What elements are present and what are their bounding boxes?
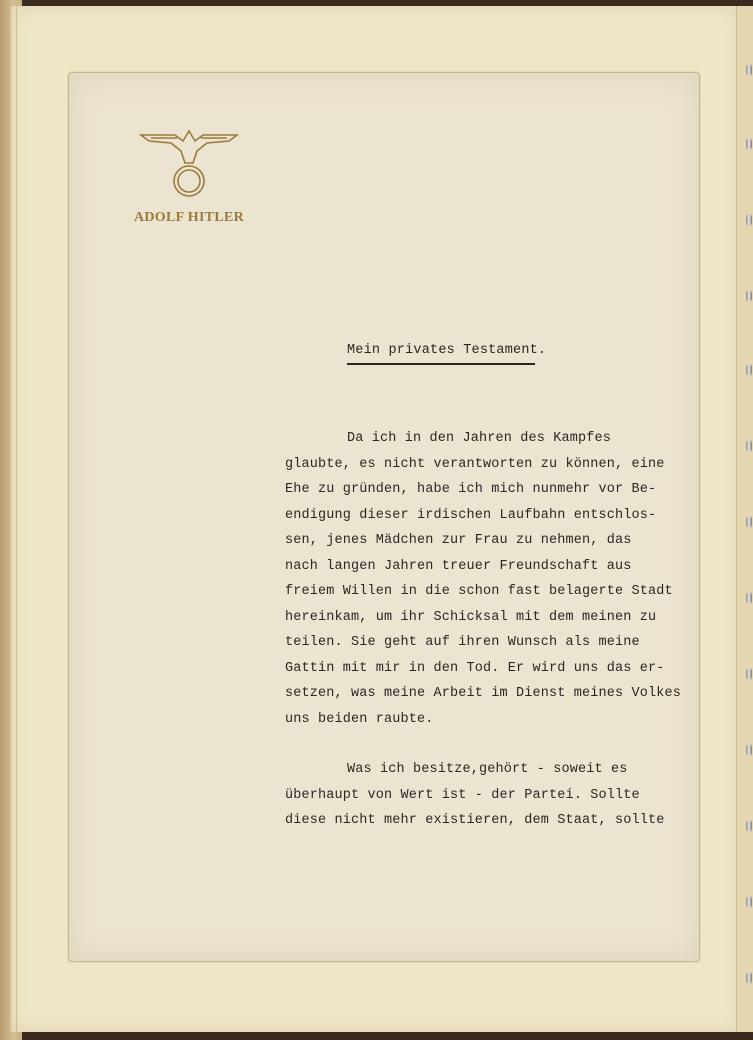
document-title: Mein privates Testament. [347, 343, 546, 358]
body-line: Ehe zu gründen, habe ich mich nunmehr vo… [285, 477, 685, 503]
body-line: uns beiden raubte. [285, 707, 685, 733]
body-line: sen, jenes Mädchen zur Frau zu nehmen, d… [285, 528, 685, 554]
binder-ring-strip [736, 6, 753, 1032]
body-line: Was ich besitze,gehört - soweit es [285, 757, 685, 783]
binder-ring-icon [746, 896, 752, 908]
letterhead-name: ADOLF HITLER [129, 210, 249, 226]
body-line: freiem Willen in die schon fast belagert… [285, 579, 685, 605]
body-line: hereinkam, um ihr Schicksal mit dem mein… [285, 605, 685, 631]
document-sheet: ADOLF HITLER Mein privates Testament. Da… [68, 72, 700, 962]
binder-ring-icon [746, 440, 752, 452]
paragraph-gap [285, 732, 685, 757]
body-line: endigung dieser irdischen Laufbahn entsc… [285, 503, 685, 529]
body-line: setzen, was meine Arbeit im Dienst meine… [285, 681, 685, 707]
body-line: nach langen Jahren treuer Freundschaft a… [285, 554, 685, 580]
body-line: Da ich in den Jahren des Kampfes [285, 426, 685, 452]
body-line: teilen. Sie geht auf ihren Wunsch als me… [285, 630, 685, 656]
binder-ring-icon [746, 592, 752, 604]
binder-ring-icon [746, 820, 752, 832]
mount-line [16, 6, 17, 1032]
binder-ring-icon [746, 744, 752, 756]
letterhead: ADOLF HITLER [129, 125, 249, 226]
binder-ring-icon [746, 668, 752, 680]
binder-ring-icon [746, 972, 752, 984]
document-body: Da ich in den Jahren des Kampfes glaubte… [285, 426, 685, 834]
binder-ring-icon [746, 64, 752, 76]
show-through-text [279, 201, 699, 249]
binder-ring-icon [746, 138, 752, 150]
eagle-emblem-icon [137, 125, 241, 199]
body-line: diese nicht mehr existieren, dem Staat, … [285, 808, 685, 834]
binder-ring-icon [746, 364, 752, 376]
body-line: glaubte, es nicht verantworten zu können… [285, 452, 685, 478]
body-line: Gattin mit mir in den Tod. Er wird uns d… [285, 656, 685, 682]
binder-ring-icon [746, 516, 752, 528]
binder-ring-icon [746, 290, 752, 302]
title-underline [347, 363, 535, 365]
body-line: überhaupt von Wert ist - der Partei. Sol… [285, 783, 685, 809]
binder-ring-icon [746, 214, 752, 226]
